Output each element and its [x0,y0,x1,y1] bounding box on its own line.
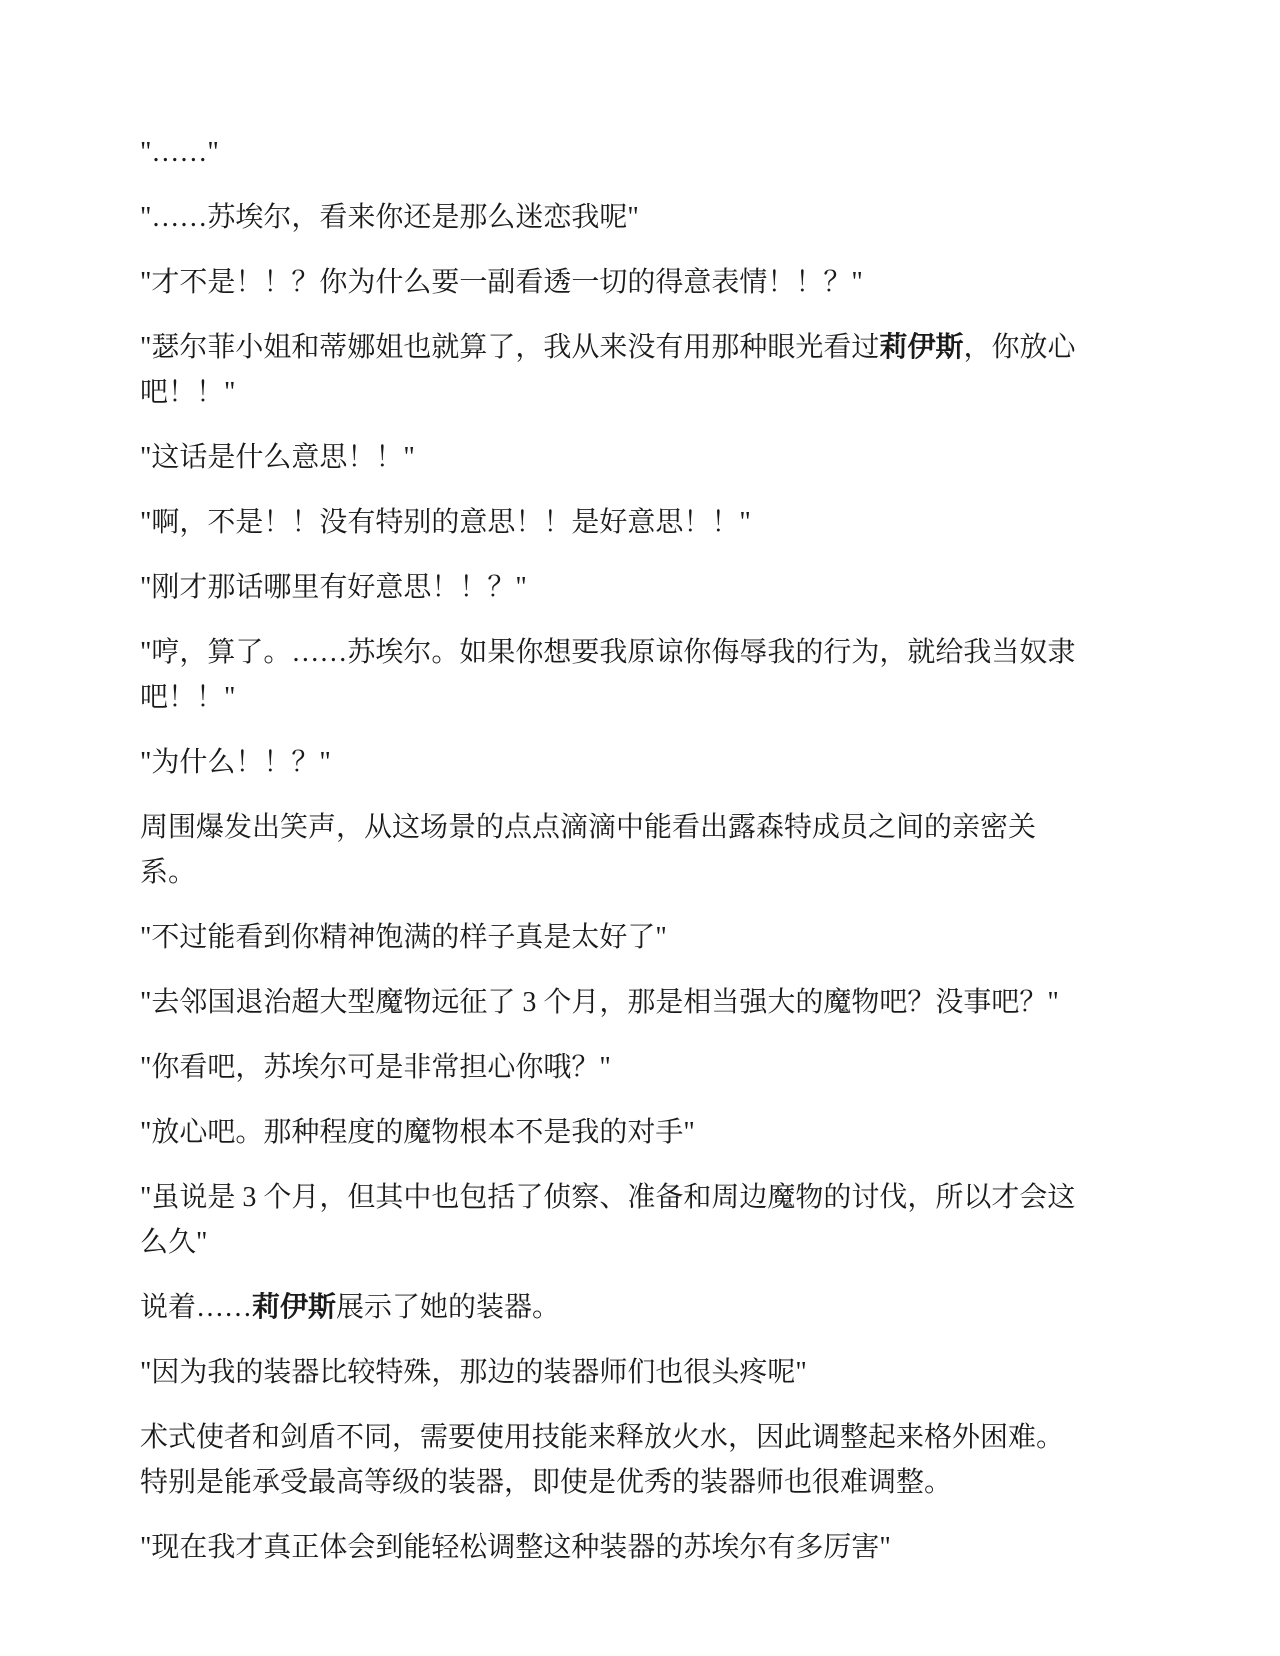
paragraph: "这话是什么意思！！" [140,435,1090,480]
text-run: 术式使者和剑盾不同，需要使用技能来释放火水，因此调整起来格外困难。特别是能承受最… [140,1422,1064,1498]
text-run: "……" [140,137,219,168]
paragraph: "才不是！！？你为什么要一副看透一切的得意表情！！？" [140,260,1090,305]
document-body: "……""……苏埃尔，看来你还是那么迷恋我呢""才不是！！？你为什么要一副看透一… [0,0,1280,1650]
text-run: "虽说是 3 个月，但其中也包括了侦察、准备和周边魔物的讨伐，所以才会这么久" [140,1182,1075,1258]
text-run: "为什么！！？" [140,747,331,778]
text-run: 说着…… [140,1292,252,1323]
paragraph: "瑟尔菲小姐和蒂娜姐也就算了，我从来没有用那种眼光看过莉伊斯，你放心吧！！" [140,325,1090,415]
paragraph: "哼，算了。……苏埃尔。如果你想要我原谅你侮辱我的行为，就给我当奴隶吧！！" [140,630,1090,720]
paragraph: "啊，不是！！没有特别的意思！！是好意思！！" [140,500,1090,545]
text-run: "哼，算了。……苏埃尔。如果你想要我原谅你侮辱我的行为，就给我当奴隶吧！！" [140,637,1075,713]
paragraph: "你看吧，苏埃尔可是非常担心你哦？" [140,1045,1090,1090]
text-run: 展示了她的装器。 [336,1292,560,1323]
paragraph: "现在我才真正体会到能轻松调整这种装器的苏埃尔有多厉害" [140,1525,1090,1570]
paragraph: "……苏埃尔，看来你还是那么迷恋我呢" [140,195,1090,240]
paragraph: "为什么！！？" [140,740,1090,785]
paragraph: "虽说是 3 个月，但其中也包括了侦察、准备和周边魔物的讨伐，所以才会这么久" [140,1175,1090,1265]
text-run: "现在我才真正体会到能轻松调整这种装器的苏埃尔有多厉害" [140,1532,891,1563]
paragraph: "去邻国退治超大型魔物远征了 3 个月，那是相当强大的魔物吧？没事吧？" [140,980,1090,1025]
text-run: "放心吧。那种程度的魔物根本不是我的对手" [140,1117,695,1148]
character-name-bold: 莉伊斯 [879,332,963,363]
text-run: "啊，不是！！没有特别的意思！！是好意思！！" [140,507,751,538]
paragraph: 术式使者和剑盾不同，需要使用技能来释放火水，因此调整起来格外困难。特别是能承受最… [140,1415,1090,1505]
paragraph: "刚才那话哪里有好意思！！？" [140,565,1090,610]
text-run: "这话是什么意思！！" [140,442,415,473]
text-run: "才不是！！？你为什么要一副看透一切的得意表情！！？" [140,267,863,298]
text-run: "你看吧，苏埃尔可是非常担心你哦？" [140,1052,611,1083]
character-name-bold: 莉伊斯 [252,1292,336,1323]
paragraph: "不过能看到你精神饱满的样子真是太好了" [140,915,1090,960]
text-run: "去邻国退治超大型魔物远征了 3 个月，那是相当强大的魔物吧？没事吧？" [140,987,1059,1018]
text-run: "……苏埃尔，看来你还是那么迷恋我呢" [140,202,639,233]
paragraph: 周围爆发出笑声，从这场景的点点滴滴中能看出露森特成员之间的亲密关系。 [140,805,1090,895]
text-run: "刚才那话哪里有好意思！！？" [140,572,527,603]
paragraph: "……" [140,130,1090,175]
text-run: "不过能看到你精神饱满的样子真是太好了" [140,922,667,953]
text-run: "瑟尔菲小姐和蒂娜姐也就算了，我从来没有用那种眼光看过 [140,332,879,363]
paragraph: "因为我的装器比较特殊，那边的装器师们也很头疼呢" [140,1350,1090,1395]
text-run: "因为我的装器比较特殊，那边的装器师们也很头疼呢" [140,1357,807,1388]
paragraph: "放心吧。那种程度的魔物根本不是我的对手" [140,1110,1090,1155]
text-run: 周围爆发出笑声，从这场景的点点滴滴中能看出露森特成员之间的亲密关系。 [140,812,1036,888]
paragraph: 说着……莉伊斯展示了她的装器。 [140,1285,1090,1330]
